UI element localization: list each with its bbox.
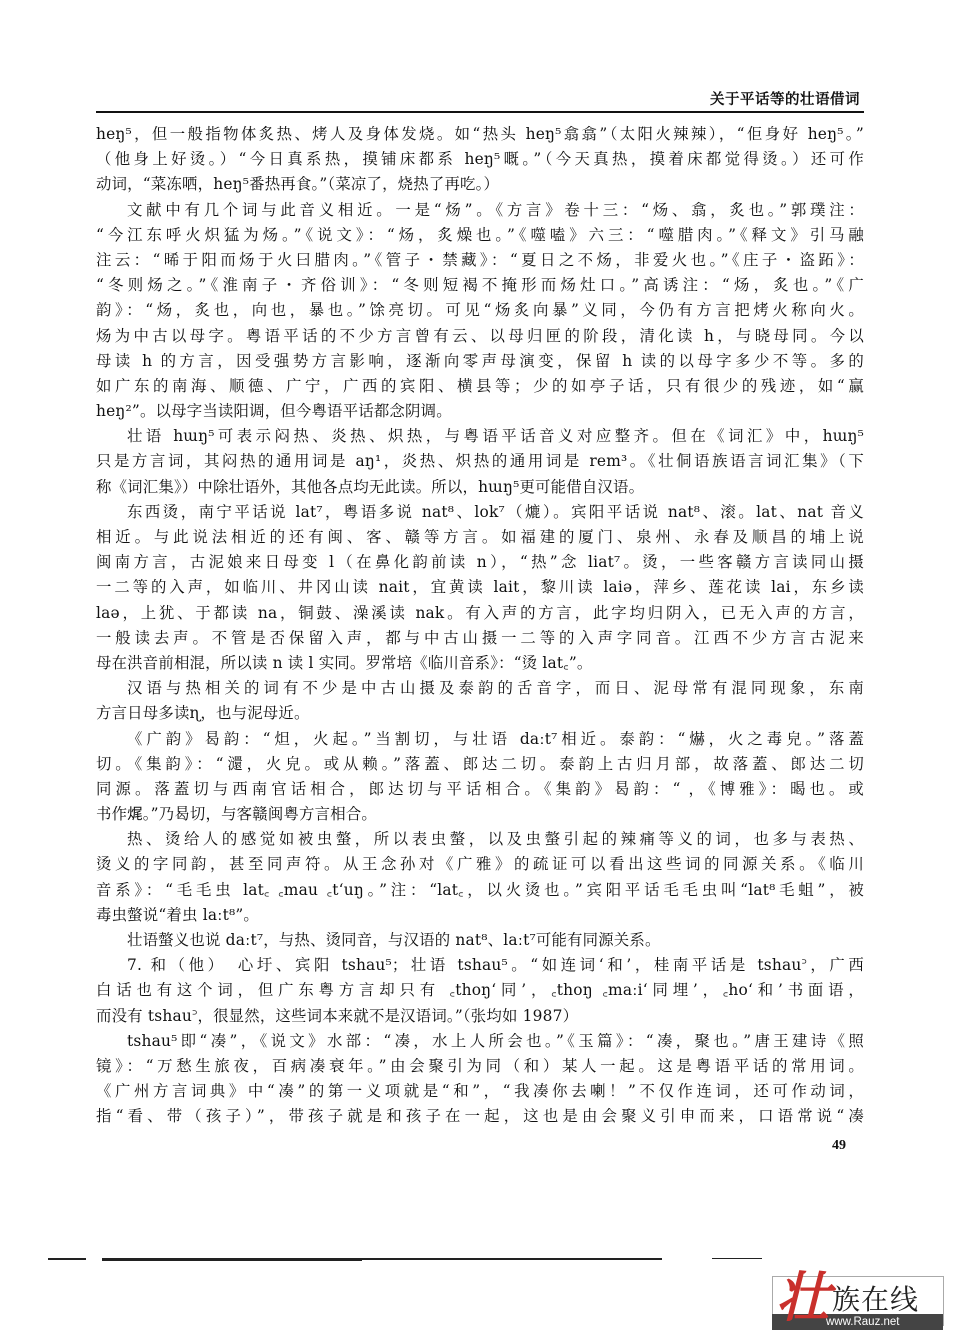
text-line: 白话也有这个词，但广东粤方言却只有 ꜀thoŋ‘同’，꜀thoŋ ꜀maːi‘同… bbox=[96, 978, 864, 1003]
text-line: 7. 和（他） 心圩、宾阳 tshau⁵；壮语 tshau⁵。“如连词‘和’，桂… bbox=[96, 953, 864, 978]
text-line: 韵》：“炀，炙也，向也，暴也。”馀亮切。可见“炀炙向暴”义同，今仍有方言把烤火称… bbox=[96, 298, 864, 323]
text-line: heŋ⁵，但一般指物体炙热、烤人及身体发烧。如“热头 heŋ⁵翕翕”（太阳火辣辣… bbox=[96, 122, 864, 147]
scan-artifact-rule bbox=[712, 1258, 762, 1259]
scan-artifact-rule bbox=[102, 1258, 362, 1261]
text-line: 动词，“菜冻哂，heŋ⁵番热再食。”（菜凉了，烧热了再吃。） bbox=[96, 172, 864, 197]
text-line: tshau⁵即“凑”，《说文》水部：“凑，水上人所会也。”《玉篇》：“凑，聚也。… bbox=[96, 1029, 864, 1054]
text-line: 称《词汇集》）中除壮语外，其他各点均无此读。所以，hɯŋ⁵更可能借自汉语。 bbox=[96, 475, 864, 500]
scan-artifact-rule bbox=[362, 1258, 662, 1260]
text-line: 壮语螫义也说 daːt⁷，与热、烫同音，与汉语的 nat⁸、laːt⁷可能有同源… bbox=[96, 928, 864, 953]
text-line: 母在洪音前相混，所以读 n 读 l 实同。罗常培《临川音系》：“烫 lat꜀”。 bbox=[96, 651, 864, 676]
text-line: 一般读去声。不管是否保留入声，都与中古山摄一二等的入声字同音。江西不少方言古泥来 bbox=[96, 626, 864, 651]
body-text: heŋ⁵，但一般指物体炙热、烤人及身体发烧。如“热头 heŋ⁵翕翕”（太阳火辣辣… bbox=[96, 122, 864, 1130]
text-line: 指“看、带（孩子）”，带孩子就是和孩子在一起，这也是由会聚义引申而来，口语常说“… bbox=[96, 1104, 864, 1129]
text-line: 一二等的入声，如临川、井冈山读 nait，宜黄读 lait，黎川读 laiə，萍… bbox=[96, 575, 864, 600]
text-line: 而没有 tshau꜄，很显然，这些词本来就不是汉语词。”（张均如 1987） bbox=[96, 1004, 864, 1029]
text-line: 母读 h 的方言，因受强势方言影响，逐渐向零声母演变，保留 h 读的以母字多少不… bbox=[96, 349, 864, 374]
text-line: 烫义的字同韵，甚至同声符。从王念孙对《广雅》的疏证可以看出这些词的同源关系。《临… bbox=[96, 852, 864, 877]
page-number: 49 bbox=[832, 1138, 846, 1154]
text-line: 文献中有几个词与此音义相近。一是“炀”。《方言》卷十三：“炀、翕，炙也。”郭璞注… bbox=[96, 198, 864, 223]
text-line: 方言日母多读ɳ，也与泥母近。 bbox=[96, 701, 864, 726]
text-line: heŋ²”。以母字当读阳调，但今粤语平话都念阴调。 bbox=[96, 399, 864, 424]
text-line: 毒虫螫说“着虫 laːt⁸”。 bbox=[96, 903, 864, 928]
text-line: 《广韵》曷韵：“炟，火起。”当割切，与壮语 daːt⁷相近。泰韵：“爀，火之毒皃… bbox=[96, 727, 864, 752]
text-line: 切。《集韵》：“㶎，火皃。或从赖。”落蓋、郎达二切。泰韵上古归月部，故落蓋、郎达… bbox=[96, 752, 864, 777]
text-line: laə，上犹、于都读 na，铜鼓、澡溪读 nak。有入声的方言，此字均归阴入，已… bbox=[96, 601, 864, 626]
watermark-url: www.Rauz.net bbox=[826, 1314, 900, 1330]
text-line: 壮语 hɯŋ⁵可表示闷热、炎热、炽热，与粤语平话音义对应整齐。但在《词汇》中，h… bbox=[96, 424, 864, 449]
text-line: 镜》：“万愁生旅夜，百病凑衰年。”由会聚引为同（和）某人一起。这是粤语平话的常用… bbox=[96, 1054, 864, 1079]
text-line: 相近。与此说法相近的还有闽、客、赣等方言。如福建的厦门、泉州、永春及顺昌的埔上说 bbox=[96, 525, 864, 550]
text-line: 同源。落蓋切与西南官话相合，郎达切与平话相合。《集韵》曷韵：“𤆕，《博雅》：暍也… bbox=[96, 777, 864, 802]
text-line: 《广州方言词典》中“凑”的第一义项就是“和”，“我凑你去喇！”不仅作连词，还可作… bbox=[96, 1079, 864, 1104]
watermark-logo-icon: 壮 bbox=[776, 1264, 830, 1330]
watermark-site-name: 族在线 bbox=[832, 1278, 919, 1318]
text-line: 音系》：“毛毛虫 lat꜀ ꜀mau ꜀tʻuŋ。”注：“lat꜀，以火烫也。”… bbox=[96, 878, 864, 903]
text-line: 如广东的南海、顺德、广宁，广西的宾阳、横县等；少的如亭子话，只有很少的残迹，如“… bbox=[96, 374, 864, 399]
text-line: （他身上好烫。）“今日真系热，摸铺床都系 heŋ⁵嘅。”（今天真热，摸着床都觉得… bbox=[96, 147, 864, 172]
text-line: 只是方言词，其闷热的通用词是 aŋ¹，炎热、炽热的通用词是 rem³。《壮侗语族… bbox=[96, 449, 864, 474]
text-line: 闽南方言，古泥娘来日母变 l（在鼻化韵前读 n），“热”念 liat⁷。烫，一些… bbox=[96, 550, 864, 575]
text-line: “今江东呼火炽猛为炀。”《说文》：“炀，炙燥也。”《噬嗑》六三：“噬腊肉。”《释… bbox=[96, 223, 864, 248]
text-line: 注云：“晞于阳而炀于火曰腊肉。”《管子・禁藏》：“夏日之不炀，非爱火也。”《庄子… bbox=[96, 248, 864, 273]
text-line: 炀为中古以母字。粤语平话的不少方言曾有云、以母归匣的阶段，清化读 h，与晓母同。… bbox=[96, 324, 864, 349]
running-header-title: 关于平话等的壮语借词 bbox=[620, 88, 860, 109]
site-watermark: 族在线 www.Rauz.net 壮 bbox=[764, 1264, 944, 1334]
text-line: 热、烫给人的感觉如被虫螫，所以表虫螫，以及虫螫引起的辣痛等义的词，也多与表热、 bbox=[96, 827, 864, 852]
text-line: 书作𤈦。”乃曷切，与客赣闽粤方言相合。 bbox=[96, 802, 864, 827]
header-rule bbox=[96, 111, 864, 113]
text-line: 汉语与热相关的词有不少是中古山摄及泰韵的舌音字，而日、泥母常有混同现象，东南 bbox=[96, 676, 864, 701]
text-line: “冬则炀之。”《淮南子・齐俗训》：“冬则短褐不掩形而炀灶口。”高诱注：“炀，炙也… bbox=[96, 273, 864, 298]
scan-artifact-rule bbox=[48, 1258, 86, 1260]
text-line: 东西烫，南宁平话说 lat⁷，粤语多说 nat⁸、lok⁷（熝）。宾阳平话说 n… bbox=[96, 500, 864, 525]
